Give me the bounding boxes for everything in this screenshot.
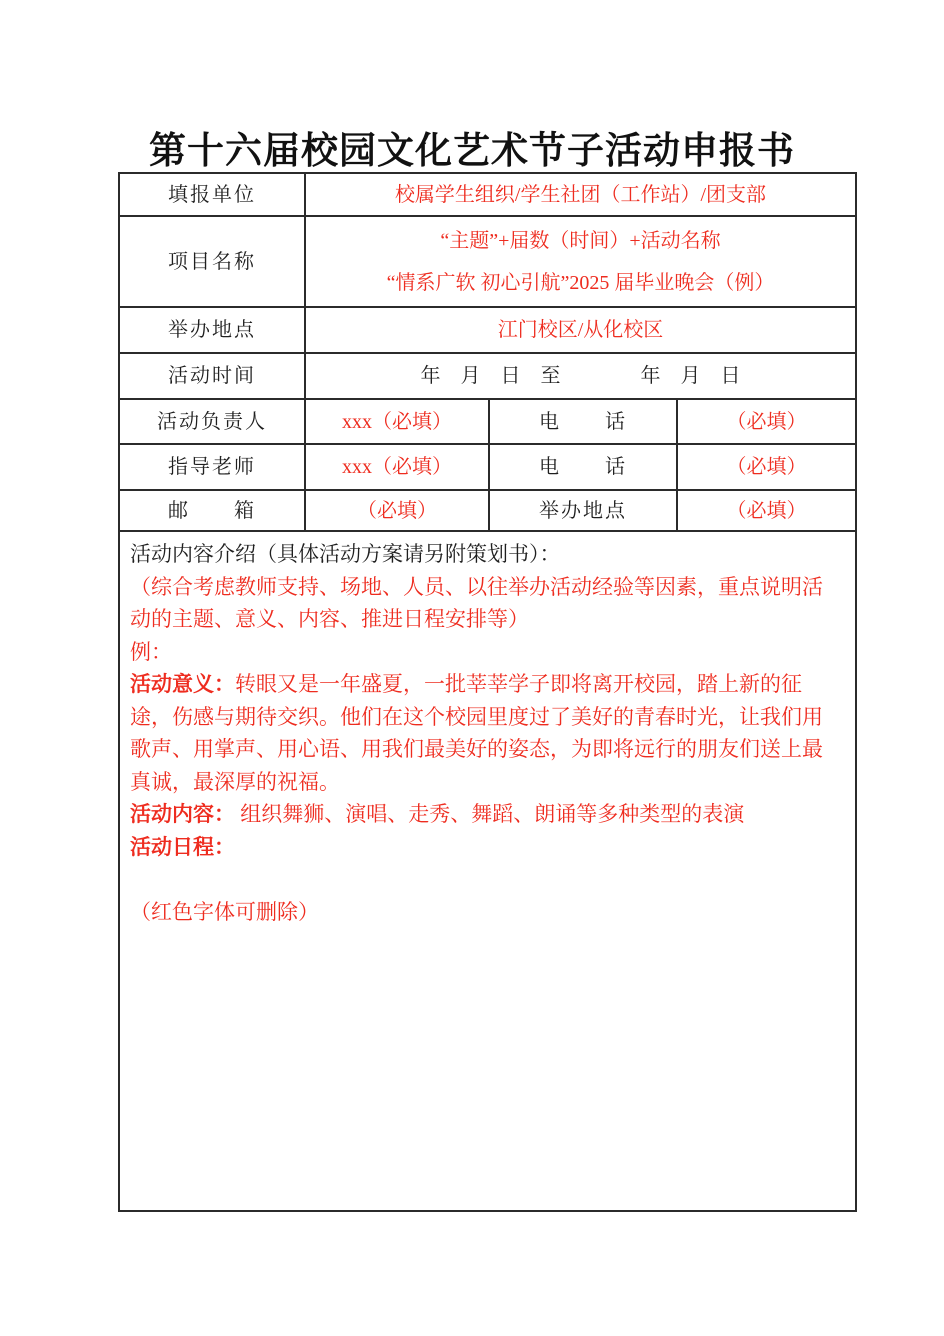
content-meaning-label: 活动意义 — [130, 672, 214, 696]
form-row-project: 项目名称 “主题”+届数（时间）+活动名称 “情系广软 初心引航”2025 届毕… — [120, 217, 855, 308]
form-row-venue: 举办地点 江门校区/从化校区 — [120, 308, 855, 354]
content-activities-sep: ： — [214, 802, 235, 826]
application-form-table: 填报单位 校属学生组织/学生社团（工作站）/团支部 项目名称 “主题”+届数（时… — [118, 172, 857, 1212]
content-schedule-sep: ： — [214, 835, 235, 859]
form-row-time: 活动时间 年 月 日 至 年 月 日 — [120, 354, 855, 400]
teacher-value[interactable]: xxx（必填） — [306, 445, 490, 489]
content-blank-line — [130, 863, 843, 896]
content-activities: 活动内容： 组织舞狮、演唱、走秀、舞蹈、朗诵等多种类型的表演 — [130, 798, 843, 831]
email-venue-label: 举办地点 — [490, 491, 678, 530]
project-value[interactable]: “主题”+届数（时间）+活动名称 “情系广软 初心引航”2025 届毕业晚会（例… — [306, 217, 855, 306]
teacher-phone-value[interactable]: （必填） — [678, 445, 855, 489]
unit-value[interactable]: 校属学生组织/学生社团（工作站）/团支部 — [306, 174, 855, 215]
content-meaning-sep: ： — [214, 672, 235, 696]
email-label: 邮 箱 — [120, 491, 306, 530]
time-value[interactable]: 年 月 日 至 年 月 日 — [306, 354, 855, 398]
content-activities-text: 组织舞狮、演唱、走秀、舞蹈、朗诵等多种类型的表演 — [235, 802, 744, 826]
form-row-content: 活动内容介绍（具体活动方案请另附策划书）： （综合考虑教师支持、场地、人员、以往… — [120, 532, 855, 1210]
teacher-label: 指导老师 — [120, 445, 306, 489]
leader-phone-label: 电 话 — [490, 400, 678, 443]
content-deletable-note: （红色字体可删除） — [130, 896, 843, 929]
content-schedule: 活动日程： — [130, 831, 843, 864]
activity-content-cell[interactable]: 活动内容介绍（具体活动方案请另附策划书）： （综合考虑教师支持、场地、人员、以往… — [120, 532, 855, 1210]
project-label: 项目名称 — [120, 217, 306, 306]
form-row-email: 邮 箱 （必填） 举办地点 （必填） — [120, 491, 855, 532]
time-label: 活动时间 — [120, 354, 306, 398]
content-note: （综合考虑教师支持、场地、人员、以往举办活动经验等因素，重点说明活动的主题、意义… — [130, 571, 843, 636]
form-row-unit: 填报单位 校属学生组织/学生社团（工作站）/团支部 — [120, 174, 855, 217]
content-example: 例： — [130, 636, 843, 669]
form-row-teacher: 指导老师 xxx（必填） 电 话 （必填） — [120, 445, 855, 491]
unit-label: 填报单位 — [120, 174, 306, 215]
content-meaning: 活动意义：转眼又是一年盛夏，一批莘莘学子即将离开校园，踏上新的征途，伤感与期待交… — [130, 668, 843, 798]
email-value[interactable]: （必填） — [306, 491, 490, 530]
document-title: 第十六届校园文化艺术节子活动申报书 — [0, 120, 944, 174]
project-value-line1: “主题”+届数（时间）+活动名称 — [440, 220, 720, 262]
teacher-phone-label: 电 话 — [490, 445, 678, 489]
email-venue-value[interactable]: （必填） — [678, 491, 855, 530]
content-intro: 活动内容介绍（具体活动方案请另附策划书）： — [130, 538, 843, 571]
content-activities-label: 活动内容 — [130, 802, 214, 826]
leader-value[interactable]: xxx（必填） — [306, 400, 490, 443]
leader-label: 活动负责人 — [120, 400, 306, 443]
leader-phone-value[interactable]: （必填） — [678, 400, 855, 443]
form-row-leader: 活动负责人 xxx（必填） 电 话 （必填） — [120, 400, 855, 445]
venue-label: 举办地点 — [120, 308, 306, 352]
content-schedule-label: 活动日程 — [130, 835, 214, 859]
project-value-line2: “情系广软 初心引航”2025 届毕业晚会（例） — [387, 262, 775, 304]
venue-value[interactable]: 江门校区/从化校区 — [306, 308, 855, 352]
document-page: 第十六届校园文化艺术节子活动申报书 填报单位 校属学生组织/学生社团（工作站）/… — [0, 0, 944, 1336]
